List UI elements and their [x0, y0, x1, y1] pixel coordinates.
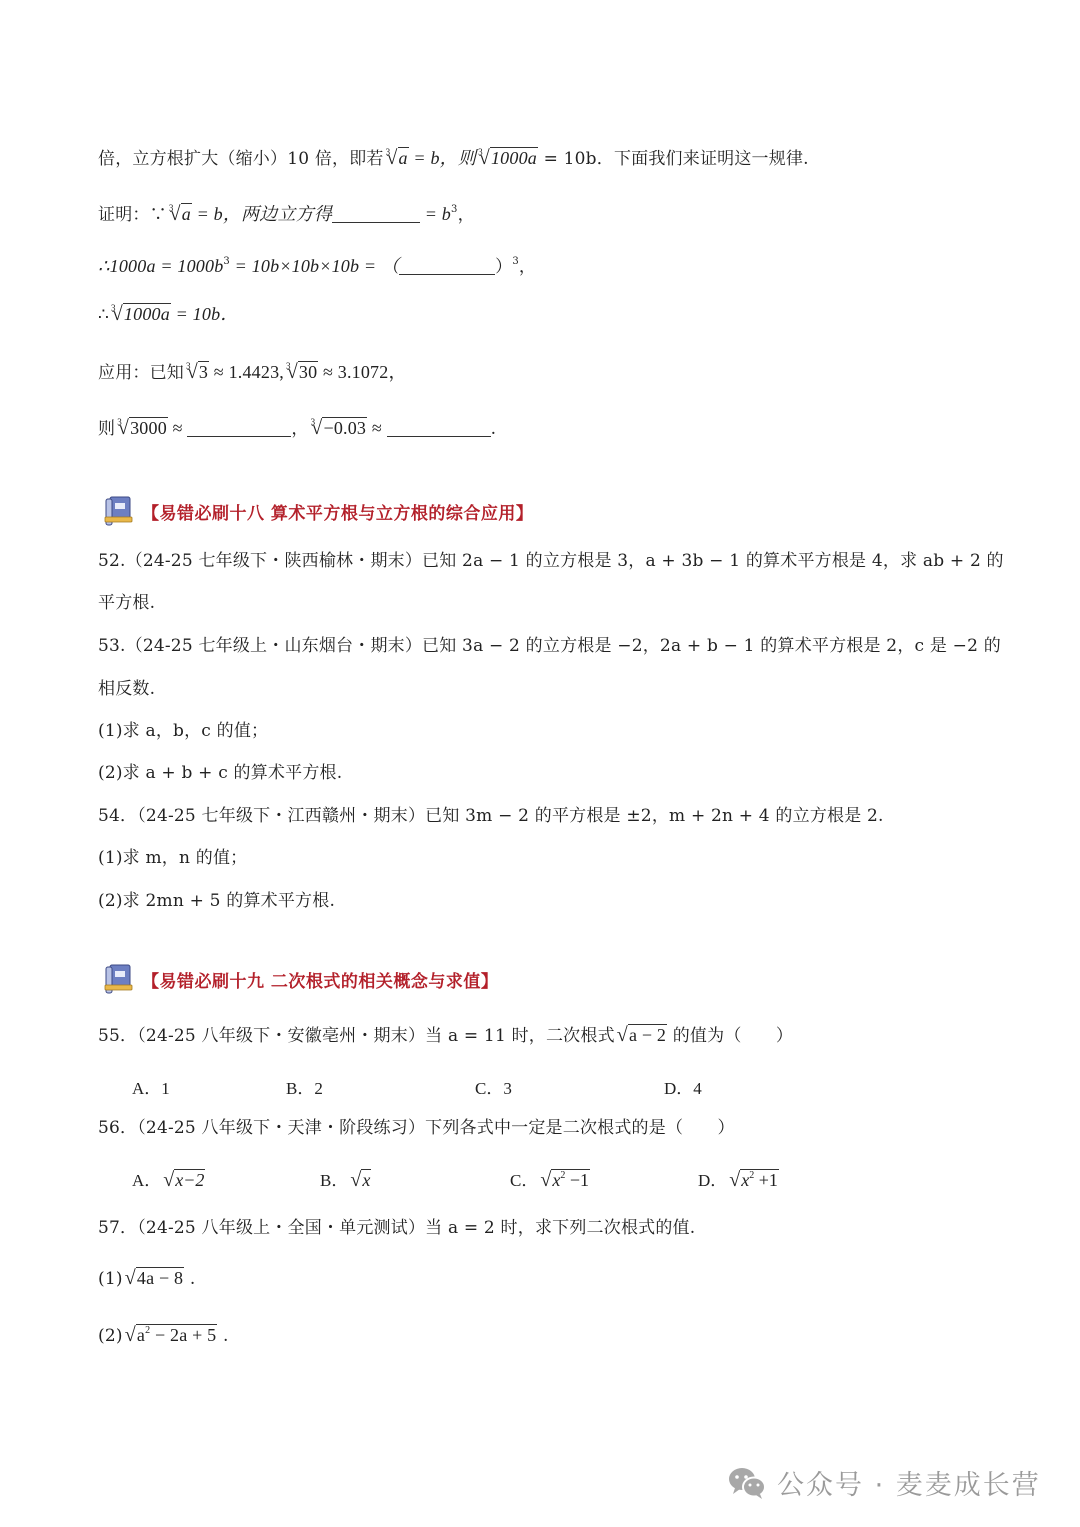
question-57-line-1: 57．（24-25 八年级上・全国・单元测试）当 a = 2 时，求下列二次根式…	[98, 1216, 695, 1240]
section-header-18: 【易错必刷十八 算术平方根与立方根的综合应用】	[102, 494, 533, 528]
question-54-sub-2: (2)求 2mn + 5 的算术平方根.	[98, 889, 335, 913]
question-54-line-1: 54．（24-25 七年级下・江西赣州・期末）已知 3m − 2 的平方根是 ±…	[98, 804, 884, 828]
section-header-19: 【易错必刷十九 二次根式的相关概念与求值】	[102, 962, 498, 996]
option-b[interactable]: B．√x	[320, 1166, 371, 1192]
option-a[interactable]: A．√x−2	[132, 1166, 205, 1192]
cube-root-3000: 3√3000	[115, 416, 168, 443]
answer-blank-3[interactable]	[187, 418, 291, 437]
answer-blank-4[interactable]	[387, 418, 491, 437]
cube-root-a: 3√a	[384, 146, 409, 173]
question-56-line-1: 56．（24-25 八年级下・天津・阶段练习）下列各式中一定是二次根式的是（ ）	[98, 1116, 735, 1140]
intro-text: 倍，立方根扩大（缩小）10 倍，即若	[98, 149, 384, 169]
question-55-line-1: 55．（24-25 八年级下・安徽亳州・期末）当 a = 11 时，二次根式√a…	[98, 1023, 793, 1048]
question-53-line-2: 相反数.	[98, 677, 155, 701]
answer-blank-2[interactable]	[399, 256, 495, 275]
option-c[interactable]: C．3	[475, 1074, 512, 1099]
answer-blank-1[interactable]	[332, 204, 420, 223]
watermark-text: 公众号 · 麦麦成长营	[777, 1463, 1041, 1502]
question-53-sub-2: (2)求 a + b + c 的算术平方根.	[98, 761, 342, 785]
proof-line-3: ∴3√1000a = 10b．	[98, 302, 238, 329]
option-a[interactable]: A．1	[132, 1074, 170, 1099]
proof-line-1: 证明：∵3√a = b，两边立方得 = b3，	[98, 202, 475, 230]
option-c[interactable]: C．√x2 −1	[510, 1166, 590, 1192]
book-icon	[102, 962, 136, 996]
question-53-line-1: 53.（24-25 七年级上・山东烟台・期末）已知 3a − 2 的立方根是 −…	[98, 634, 1001, 658]
question-52-line-2: 平方根.	[98, 591, 155, 615]
question-54-sub-1: (1)求 m，n 的值；	[98, 846, 247, 870]
application-line-1: 应用：已知3√3 ≈ 1.4423,3√30 ≈ 3.1072，	[98, 360, 407, 387]
application-line-2: 则3√3000 ≈ ，3√−0.03 ≈ .	[98, 416, 496, 443]
square-root-a-minus-2: √a − 2	[615, 1023, 667, 1047]
watermark: 公众号 · 麦麦成长营	[727, 1463, 1041, 1502]
question-57-sub-2: (2)√a2 − 2a + 5 .	[98, 1323, 229, 1351]
option-b[interactable]: B．2	[286, 1074, 323, 1099]
cube-root-a: 3√a	[167, 202, 192, 229]
section-title: 【易错必刷十八 算术平方根与立方根的综合应用】	[142, 499, 533, 524]
section-title: 【易错必刷十九 二次根式的相关概念与求值】	[142, 967, 498, 992]
question-57-sub-1: (1)√4a − 8 .	[98, 1266, 195, 1291]
cube-root-30: 3√30	[284, 360, 318, 387]
proof-line-2: ∴1000a = 1000b3 = 10b×10b×10b = （）3，	[98, 254, 536, 282]
wechat-icon	[727, 1466, 769, 1500]
option-d[interactable]: D．√x2 +1	[698, 1166, 779, 1192]
question-52-line-1: 52.（24-25 七年级下・陕西榆林・期末）已知 2a − 1 的立方根是 3…	[98, 549, 1004, 573]
cube-root-1000a: 3√1000a	[109, 302, 171, 329]
cube-root-3: 3√3	[184, 360, 209, 387]
question-53-sub-1: (1)求 a，b，c 的值；	[98, 719, 268, 743]
cube-root-neg-0-03: 3√−0.03	[309, 416, 368, 443]
book-icon	[102, 494, 136, 528]
cube-root-1000a: 3√1000a	[476, 146, 538, 173]
intro-line: 倍，立方根扩大（缩小）10 倍，即若3√a = b，则3√1000a = 10b…	[98, 146, 809, 173]
option-d[interactable]: D．4	[664, 1074, 702, 1099]
